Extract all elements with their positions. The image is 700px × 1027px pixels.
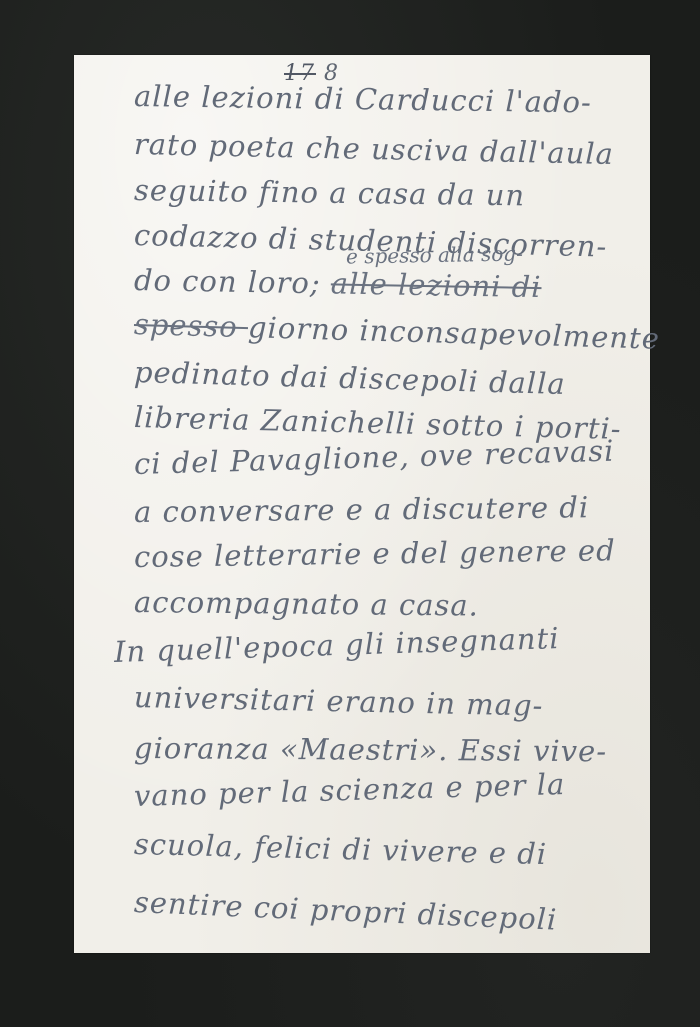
- text-line-2: rato poeta che usciva dall'aula: [134, 127, 615, 171]
- text-line-15: gioranza «Maestri». Essi vive-: [134, 731, 607, 768]
- text-line-3: seguito fino a casa da un: [134, 173, 526, 212]
- text-line-7: pedinato dai discepoli dalla: [134, 355, 567, 401]
- text-line-14: universitari erano in mag-: [134, 680, 544, 723]
- text-line-6: spesso giorno inconsapevolmente: [134, 307, 661, 356]
- manuscript-page: 178 alle lezioni di Carducci l'ado- rato…: [74, 55, 650, 953]
- text-line-5: do con loro; alle lezioni di: [134, 263, 542, 304]
- handwritten-text-body: alle lezioni di Carducci l'ado- rato poe…: [74, 55, 650, 953]
- deleted-text: spesso: [134, 307, 249, 344]
- text-line-9: ci del Pavaglione, ove recavasi: [134, 434, 615, 481]
- text-line-11: cose letterarie e del genere ed: [134, 533, 616, 574]
- text-line-13: In quell'epoca gli insegnanti: [113, 621, 560, 669]
- text-line-17: scuola, felici di vivere e di: [134, 827, 548, 871]
- interlinear-insertion: e spesso alla sog-: [346, 241, 523, 268]
- text-line-12: accompagnato a casa.: [134, 585, 479, 623]
- text-line-1: alle lezioni di Carducci l'ado-: [134, 79, 592, 119]
- text-line-10: a conversare e a discutere di: [134, 490, 589, 529]
- text-line-18: sentire coi propri discepoli: [133, 885, 558, 937]
- deleted-text: alle lezioni di: [331, 266, 542, 304]
- text-line-16: vano per la scienza e per la: [134, 767, 566, 813]
